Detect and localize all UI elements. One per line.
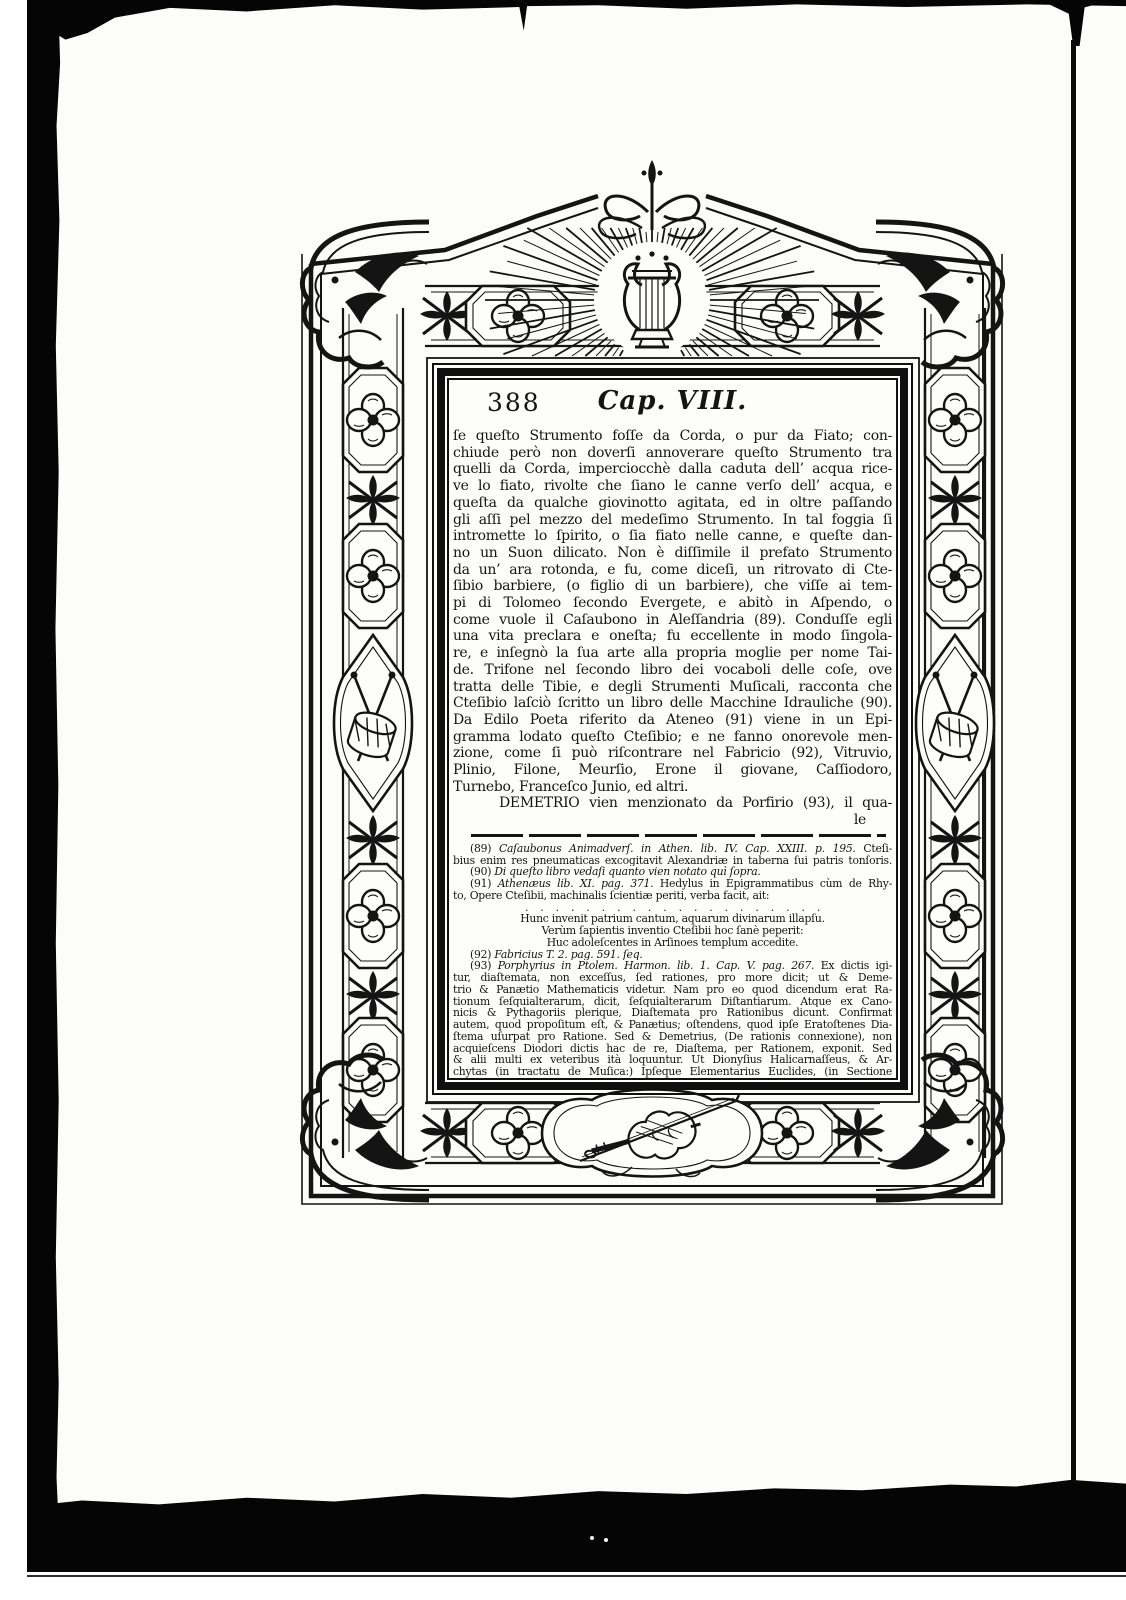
body-line: una vita preclara e oneſta; fu eccellent… [453, 628, 892, 645]
body-line: Da Edilo Poeta riferito da Ateneo (91) v… [453, 712, 892, 729]
body-line: Plinio, Filone, Meurſio, Erone il giovan… [453, 762, 892, 779]
body-line: da un’ ara rotonda, e fu, come diceſi, u… [453, 562, 892, 579]
frame-gable-left-echo [321, 208, 598, 274]
body-line: ſe queſto Strumento foſſe da Corda, o pu… [453, 428, 892, 445]
body-line: ſibio barbiere, (o figlio di un barbiere… [453, 578, 892, 595]
violin-and-bow-icon [542, 1090, 762, 1180]
footnote-line: Huc adoleſcentes in Arſinoes templum acc… [453, 937, 892, 949]
scanned-book-page: 388 Cap. VIII. ſe queſto Strumento foſſe… [0, 0, 1126, 1600]
body-line: zione, come ſi può riſcontrare nel Fabri… [453, 745, 892, 762]
body-line: quelli da Corda, imperciocchè dalla cadu… [453, 461, 892, 478]
left-border-ornaments [334, 368, 412, 1122]
footnote-line: acquieſcens Diodori dictis hac de re, Di… [453, 1043, 892, 1055]
footnote-line: chytas (in tractatu de Muſica:) Ipſeque … [453, 1066, 892, 1078]
footnote-line: bius enim res pneumaticas excogitavit Al… [453, 855, 892, 867]
paper-speck [604, 1538, 608, 1542]
body-line: le [453, 812, 892, 829]
paper-speck [590, 1536, 594, 1540]
footnote-line: . . . . . . . . . . . . . . . . . . . . [453, 902, 892, 914]
footnote-line: & alii multi ex veteribus ità loquuntur.… [453, 1054, 892, 1066]
footnote-line: trio & Panætio Mathematicis videtur. Nam… [453, 984, 892, 996]
chapter-title: Cap. VIII. [453, 386, 892, 416]
body-line: chiude però non doverſi annoverare queſt… [453, 445, 892, 462]
scan-edge-left [27, 0, 63, 1572]
footnotes: (89) Caſaubonus Animadverſ. in Athen. li… [453, 843, 892, 1078]
body-line: ve lo fiato, rivolte che ſiano le canne … [453, 478, 892, 495]
body-line: Turnebo, Franceſco Junio, ed altri. [453, 779, 892, 796]
body-line: gli aſſi pel mezzo del medeſimo Strument… [453, 512, 892, 529]
footnote-line: Verùm ſapientis inventio Cteſibii hoc ſa… [453, 925, 892, 937]
body-line: come vuole il Caſaubono in Aleſſandria (… [453, 612, 892, 629]
scan-hairline [27, 1575, 1126, 1577]
body-line: DEMETRIO vien menzionato da Porfirio (93… [453, 795, 892, 812]
body-text: ſe queſto Strumento foſſe da Corda, o pu… [453, 428, 892, 829]
body-line: re, e inſegnò la ſua arte alla propria m… [453, 645, 892, 662]
body-line: de. Trifone nel ſecondo libro dei vocabo… [453, 662, 892, 679]
footnote-separator-rule [471, 834, 886, 837]
footnote-line: (89) Caſaubonus Animadverſ. in Athen. li… [453, 843, 892, 855]
frame-gable-right-echo [706, 208, 983, 274]
footnote-line: Hunc invenit patrium cantum, aquarum div… [453, 913, 892, 925]
footnote-line: (91) Athenæus lib. XI. pag. 371. Hedylus… [453, 878, 892, 890]
footnote-line: tionum ſeſquialterarum, dicit, ſeſquialt… [453, 996, 892, 1008]
body-line: queſta da qualche giovinotto agitata, ed… [453, 495, 892, 512]
footnote-line: autem, quod propoſitum eſt, & Panætius; … [453, 1019, 892, 1031]
body-line: gramma lodato queſto Cteſibio; e ne fann… [453, 729, 892, 746]
footnote-line: (90) Di queſto libro vedaſi quanto vien … [453, 866, 892, 878]
body-line: Cteſibio laſciò ſcritto un libro delle M… [453, 695, 892, 712]
footnote-line: nicis & Pythagoriis plerique, Diaſtemata… [453, 1007, 892, 1019]
footnote-line: (92) Fabricius T. 2. pag. 591. ſeq. [453, 949, 892, 961]
footnote-line: ſtema uſurpat pro Ratione. Sed & Demetri… [453, 1031, 892, 1043]
footnote-line: tur, diaſtemata, non exceſſus, ſed ratio… [453, 972, 892, 984]
body-line: intromette lo ſpirito, o ſia fiato nelle… [453, 528, 892, 545]
page-gutter-line [1071, 40, 1076, 1482]
crest-finial [599, 160, 705, 238]
body-line: pi di Tolomeo ſecondo Evergete, e abitò … [453, 595, 892, 612]
body-line: no un Suon dilicato. Non è diſſimile il … [453, 545, 892, 562]
page-header: 388 Cap. VIII. [453, 388, 892, 420]
footnote-line: (93) Porphyrius in Ptolem. Harmon. lib. … [453, 960, 892, 972]
body-line: tratta delle Tibie, e degli Strumenti Mu… [453, 679, 892, 696]
text-panel: 388 Cap. VIII. ſe queſto Strumento foſſe… [437, 368, 908, 1090]
footnote-line: to, Opere Cteſibii, machinalis ſcientiæ … [453, 890, 892, 902]
drum-trophy-left [334, 635, 412, 811]
